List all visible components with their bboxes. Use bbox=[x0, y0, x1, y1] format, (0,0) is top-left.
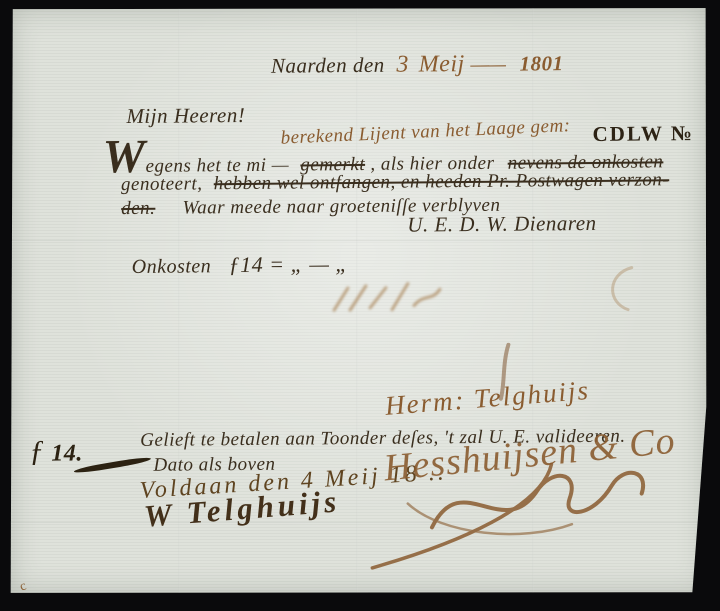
dateline-year: 1801 bbox=[519, 51, 563, 75]
ink-bleed-through-curve bbox=[598, 264, 642, 314]
closing-line: U. E. D. W. Dienaren bbox=[407, 211, 596, 238]
body-line-3-struck: den. bbox=[121, 198, 155, 219]
salutation: Mijn Heeren! bbox=[126, 103, 245, 129]
costs-amount: ƒ14 = „ — „ bbox=[229, 251, 349, 277]
margin-amount-value: 14. bbox=[51, 440, 83, 466]
dateline-dash: —— bbox=[470, 52, 504, 76]
clerk-signature: Herm: Telghuijs bbox=[384, 375, 591, 422]
dateline-place: Naarden den bbox=[271, 53, 385, 78]
letter-content: Naarden den 3 Meij —— 1801 Mijn Heeren! … bbox=[7, 5, 709, 597]
body-line-2: genoteert, hebben wel ontfangen, en heed… bbox=[121, 169, 669, 196]
ink-bleed-through-scribble bbox=[328, 275, 498, 322]
signature-paraph-flourish bbox=[311, 445, 672, 578]
margin-amount-dash bbox=[73, 456, 151, 475]
body-line-2-start: genoteert, bbox=[121, 173, 203, 195]
costs-line: Onkosten ƒ14 = „ — „ bbox=[132, 251, 349, 279]
costs-label: Onkosten bbox=[132, 255, 212, 278]
letter-paper: Naarden den 3 Meij —— 1801 Mijn Heeren! … bbox=[10, 8, 707, 594]
dateline-day: 3 bbox=[396, 52, 409, 78]
margin-amount: ƒ 14. bbox=[29, 434, 83, 468]
margin-florin-sign: ƒ bbox=[29, 435, 45, 468]
dateline: Naarden den 3 Meij —— 1801 bbox=[271, 50, 564, 80]
dateline-month: Meij bbox=[419, 51, 465, 77]
body-line-2-struck: hebben wel ontfangen, en heeden Pr. Post… bbox=[214, 169, 670, 194]
